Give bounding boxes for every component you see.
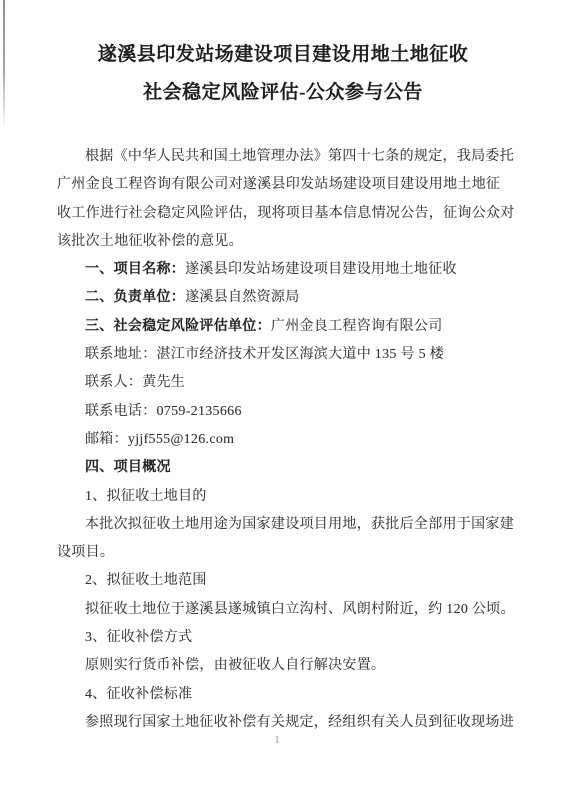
line-text: 邮箱：yjjf555@126.com — [85, 432, 234, 447]
text-line: 本批次拟征收土地用途为国家建设项目用地，获批后全部用于国家建 — [57, 511, 510, 539]
page-number: 1 — [0, 734, 554, 746]
document-body: 根据《中华人民共和国土地管理办法》第四十七条的规定，我局委托广州金良工程咨询有限… — [0, 143, 566, 737]
line-text: 参照现行国家土地征收补偿有关规定，经组织有关人员到征收现场进 — [85, 715, 514, 730]
text-line: 收工作进行社会稳定风险评估，现将项目基本信息情况公告，征询公众对 — [57, 200, 510, 228]
line-bold-label: 二、负责单位： — [85, 290, 185, 305]
text-line: 联系地址：湛江市经济技术开发区海滨大道中 135 号 5 楼 — [57, 341, 510, 369]
line-text: 联系电话：0759-2135666 — [85, 404, 242, 419]
line-text: 收工作进行社会稳定风险评估，现将项目基本信息情况公告，征询公众对 — [57, 206, 515, 221]
text-line: 1、拟征收土地目的 — [57, 483, 510, 511]
text-line: 设项目。 — [57, 539, 510, 567]
line-text: 遂溪县印发站场建设项目建设用地土地征收 — [185, 262, 457, 277]
line-text: 该批次土地征收补偿的意见。 — [57, 234, 243, 249]
line-bold-label: 一、项目名称： — [85, 262, 185, 277]
text-line: 四、项目概况 — [57, 454, 510, 482]
document-title-line1: 遂溪县印发站场建设项目建设用地土地征收 — [0, 36, 566, 74]
line-text: 广州金良工程咨询有限公司对遂溪县印发站场建设项目建设用地土地征 — [57, 177, 500, 192]
line-text: 4、征收补偿标准 — [85, 687, 192, 702]
document-title: 遂溪县印发站场建设项目建设用地土地征收 社会稳定风险评估-公众参与公告 — [0, 0, 566, 112]
text-line: 二、负责单位：遂溪县自然资源局 — [57, 284, 510, 312]
line-text: 1、拟征收土地目的 — [85, 489, 207, 504]
line-text: 根据《中华人民共和国土地管理办法》第四十七条的规定，我局委托 — [85, 149, 514, 164]
text-line: 三、社会稳定风险评估单位：广州金良工程咨询有限公司 — [57, 313, 510, 341]
document-title-line2: 社会稳定风险评估-公众参与公告 — [0, 74, 566, 112]
line-text: 联系人：黄先生 — [85, 375, 185, 390]
scan-artifact-line — [3, 0, 5, 128]
text-line: 一、项目名称：遂溪县印发站场建设项目建设用地土地征收 — [57, 256, 510, 284]
line-text: 3、征收补偿方式 — [85, 630, 192, 645]
line-text: 原则实行货币补偿，由被征收人自行解决安置。 — [85, 658, 385, 673]
document-page: 遂溪县印发站场建设项目建设用地土地征收 社会稳定风险评估-公众参与公告 根据《中… — [0, 0, 566, 800]
line-text: 2、拟征收土地范围 — [85, 573, 207, 588]
text-line: 该批次土地征收补偿的意见。 — [57, 228, 510, 256]
text-line: 联系人：黄先生 — [57, 369, 510, 397]
line-text: 遂溪县自然资源局 — [185, 290, 299, 305]
line-text: 广州金良工程咨询有限公司 — [271, 319, 443, 334]
text-line: 广州金良工程咨询有限公司对遂溪县印发站场建设项目建设用地土地征 — [57, 171, 510, 199]
text-line: 根据《中华人民共和国土地管理办法》第四十七条的规定，我局委托 — [57, 143, 510, 171]
line-text: 本批次拟征收土地用途为国家建设项目用地，获批后全部用于国家建 — [85, 517, 514, 532]
line-bold-label: 四、项目概况 — [85, 460, 171, 475]
line-bold-label: 三、社会稳定风险评估单位： — [85, 319, 271, 334]
text-line: 3、征收补偿方式 — [57, 624, 510, 652]
text-line: 2、拟征收土地范围 — [57, 567, 510, 595]
text-line: 4、征收补偿标准 — [57, 681, 510, 709]
text-line: 联系电话：0759-2135666 — [57, 398, 510, 426]
line-text: 联系地址：湛江市经济技术开发区海滨大道中 135 号 5 楼 — [85, 347, 444, 362]
line-text: 设项目。 — [57, 545, 114, 560]
text-line: 邮箱：yjjf555@126.com — [57, 426, 510, 454]
line-text: 拟征收土地位于遂溪县遂城镇白立沟村、风朗村附近，约 120 公顷。 — [85, 602, 515, 617]
text-line: 拟征收土地位于遂溪县遂城镇白立沟村、风朗村附近，约 120 公顷。 — [57, 596, 510, 624]
text-line: 参照现行国家土地征收补偿有关规定，经组织有关人员到征收现场进 — [57, 709, 510, 737]
text-line: 原则实行货币补偿，由被征收人自行解决安置。 — [57, 652, 510, 680]
